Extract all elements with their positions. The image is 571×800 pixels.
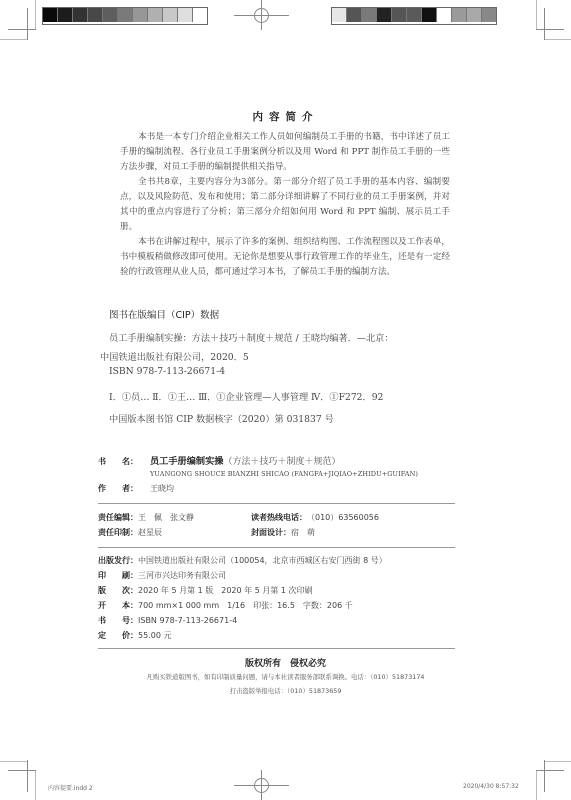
registration-circle <box>254 8 269 23</box>
crop-mark <box>8 29 36 30</box>
edition: 2020 年 5 月第 1 版 2020 年 5 月第 1 次印刷 <box>138 586 313 595</box>
author-label: 作 者： <box>98 483 150 494</box>
cip-library-record: 中国版本图书馆 CIP 数据核字（2020）第 031837 号 <box>109 411 334 425</box>
crop-mark <box>27 760 28 792</box>
cover-design-label: 封面设计： <box>251 527 291 538</box>
registration-circle <box>254 778 269 793</box>
book-title: 员工手册编制实操 <box>150 456 224 467</box>
summary-paragraph-3: 本书在讲解过程中，展示了许多的案例、组织结构图、工作流程图以及工作表单，书中模板… <box>120 235 450 280</box>
cip-publisher-line: 中国铁道出版社有限公司，2020．5 <box>100 349 249 363</box>
color-swatch <box>43 8 58 22</box>
cip-isbn: ISBN 978-7-113-26671-4 <box>109 366 225 377</box>
grayscale-color-bar <box>42 7 208 25</box>
color-swatch <box>178 8 193 22</box>
hotline-label: 读者热线电话： <box>251 512 307 523</box>
crop-mark <box>35 0 36 30</box>
divider <box>98 503 455 504</box>
color-swatch <box>482 8 496 22</box>
color-swatch <box>377 8 392 22</box>
price: 55.00 元 <box>138 631 171 640</box>
color-swatch <box>347 8 362 22</box>
color-swatch <box>73 8 88 22</box>
color-swatch <box>103 8 118 22</box>
price-label: 定 价： <box>98 630 138 641</box>
editor-label: 责任编辑： <box>98 512 138 523</box>
color-swatch <box>148 8 163 22</box>
format: 700 mm×1 000 mm 1/16 印张：16.5 字数：206 千 <box>138 601 353 610</box>
hotline-row: 读者热线电话：（010）63560056 <box>251 512 379 523</box>
summary-title: 内容简介 <box>0 109 571 124</box>
crop-mark <box>0 39 27 40</box>
crop-mark <box>8 770 36 771</box>
crop-mark <box>544 8 545 40</box>
author-row: 作 者：王晓均 <box>98 483 174 494</box>
isbn: ISBN 978-7-113-26671-4 <box>138 616 237 625</box>
crop-mark <box>536 770 564 771</box>
color-swatch <box>133 8 148 22</box>
book-subtitle: （方法＋技巧＋制度＋规范） <box>224 457 341 467</box>
cover-design-row: 封面设计：宿 萌 <box>251 527 315 538</box>
crop-mark <box>544 761 571 762</box>
process-color-bar <box>331 7 497 25</box>
color-swatch <box>88 8 103 22</box>
crop-mark <box>27 8 28 40</box>
color-swatch <box>422 8 437 22</box>
footer-timestamp: 2020/4/30 8:57:32 <box>463 783 519 790</box>
rights-title: 版权所有 侵权必究 <box>0 656 571 669</box>
author-name: 王晓均 <box>150 484 174 493</box>
printer-row: 印 刷：三河市兴达印务有限公司 <box>98 570 226 581</box>
book-title-pinyin: YUANGONG SHOUCE BIANZHI SHICAO (FANGFA+J… <box>150 470 418 478</box>
piracy-hotline: 打击盗版举报电话：（010）51873659 <box>0 686 571 695</box>
cover-designer: 宿 萌 <box>291 528 315 537</box>
crop-mark <box>536 0 537 30</box>
color-swatch <box>193 8 207 22</box>
cip-classification: Ⅰ．①员… Ⅱ．①王… Ⅲ．①企业管理—人事管理 Ⅳ．①F272．92 <box>109 389 383 403</box>
crop-mark <box>544 39 571 40</box>
isbn-row: 书 号：ISBN 978-7-113-26671-4 <box>98 615 237 626</box>
divider <box>98 547 455 548</box>
format-label: 开 本： <box>98 600 138 611</box>
book-title-label: 书 名： <box>98 456 150 467</box>
color-swatch <box>452 8 467 22</box>
color-swatch <box>467 8 482 22</box>
color-swatch <box>118 8 133 22</box>
crop-mark <box>35 770 36 800</box>
summary-paragraph-2: 全书共8章，主要内容分为3部分。第一部分介绍了员工手册的基本内容、编制要点，以及… <box>120 175 450 235</box>
publisher-label: 出版发行： <box>98 555 138 566</box>
color-swatch <box>407 8 422 22</box>
print-manager-name: 赵星辰 <box>138 528 162 537</box>
publisher: 中国铁道出版社有限公司（100054，北京市西城区右安门西街 8 号） <box>138 556 387 565</box>
format-row: 开 本：700 mm×1 000 mm 1/16 印张：16.5 字数：206 … <box>98 600 353 611</box>
crop-mark <box>536 29 564 30</box>
publisher-row: 出版发行：中国铁道出版社有限公司（100054，北京市西城区右安门西街 8 号） <box>98 555 387 566</box>
editor-names: 王 佩 张文静 <box>138 513 194 522</box>
editor-row: 责任编辑：王 佩 张文静 <box>98 512 194 523</box>
cip-heading: 图书在版编目（CIP）数据 <box>109 307 219 321</box>
edition-label: 版 次： <box>98 585 138 596</box>
crop-mark <box>0 761 27 762</box>
cip-title-line: 员工手册编制实操：方法＋技巧＋制度＋规范 / 王晓均编著．—北京： <box>109 330 394 344</box>
rights-notice: 凡购买铁道版图书，如有印制质量问题，请与本社读者服务部联系调换。电话：（010）… <box>0 672 571 681</box>
price-row: 定 价：55.00 元 <box>98 630 171 641</box>
divider <box>98 648 455 649</box>
footer-filename: 内容提要.indd 2 <box>48 783 93 792</box>
color-swatch <box>437 8 452 22</box>
hotline-number: （010）63560056 <box>307 513 379 522</box>
isbn-label: 书 号： <box>98 615 138 626</box>
print-manager-label: 责任印制： <box>98 527 138 538</box>
color-swatch <box>163 8 178 22</box>
crop-mark <box>544 760 545 792</box>
edition-row: 版 次：2020 年 5 月第 1 版 2020 年 5 月第 1 次印刷 <box>98 585 313 596</box>
color-swatch <box>392 8 407 22</box>
printer: 三河市兴达印务有限公司 <box>138 571 226 580</box>
color-swatch <box>58 8 73 22</box>
book-title-row: 书 名：员工手册编制实操（方法＋技巧＋制度＋规范） <box>98 453 341 467</box>
summary-paragraph-1: 本书是一本专门介绍企业相关工作人员如何编制员工手册的书籍，书中详述了员工手册的编… <box>120 130 450 175</box>
color-swatch <box>362 8 377 22</box>
crop-mark <box>536 770 537 800</box>
print-manager-row: 责任印制：赵星辰 <box>98 527 162 538</box>
color-swatch <box>332 8 347 22</box>
printer-label: 印 刷： <box>98 570 138 581</box>
